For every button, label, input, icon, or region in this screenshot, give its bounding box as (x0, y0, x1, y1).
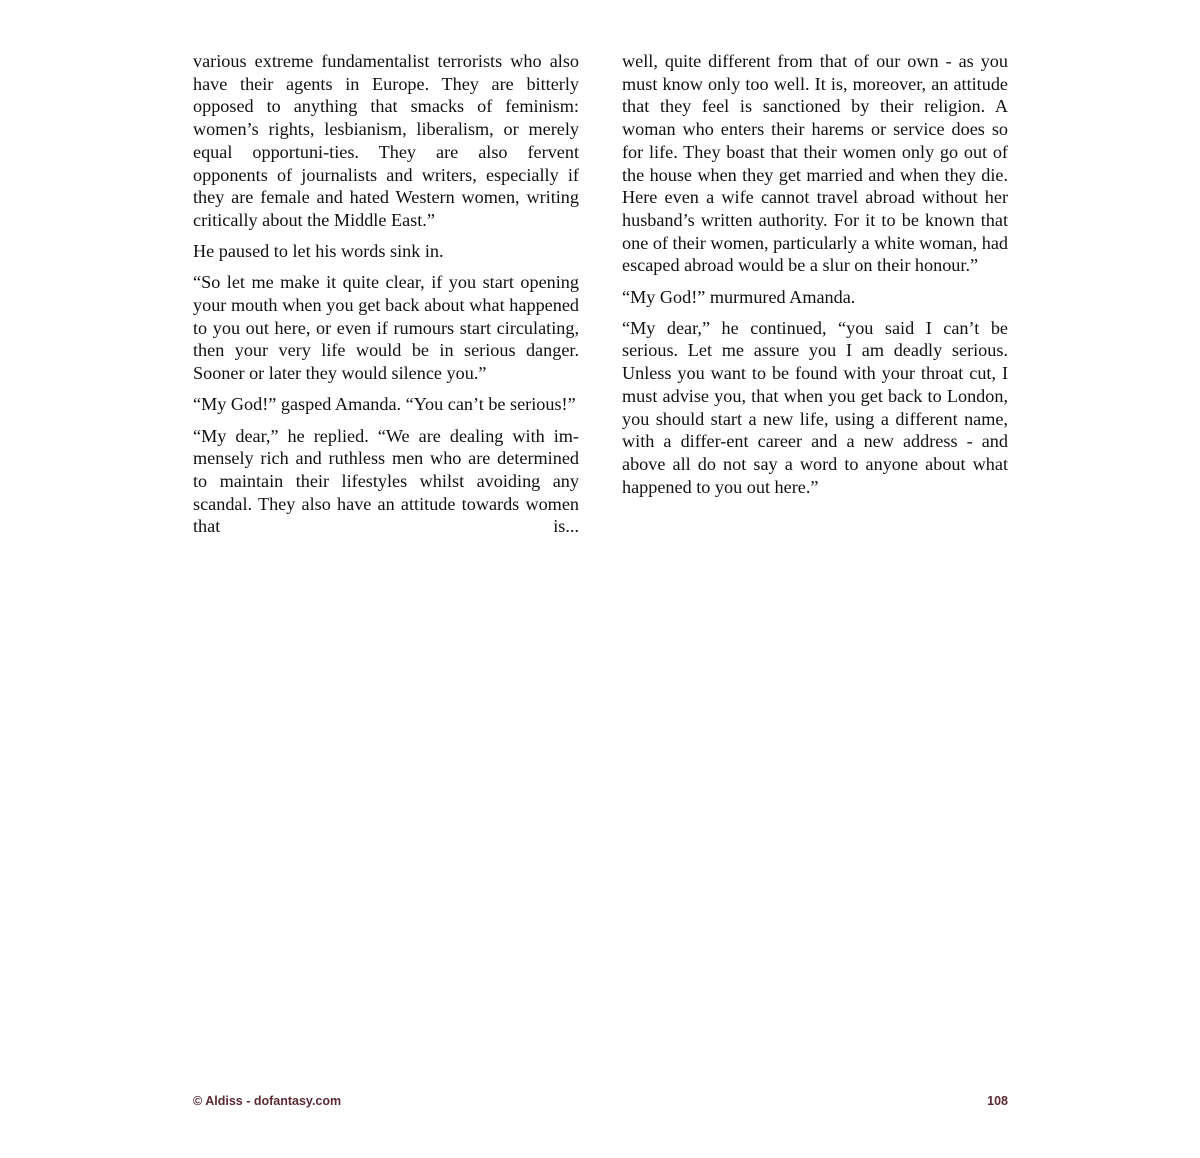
paragraph: He paused to let his words sink in. (193, 240, 579, 263)
footer-copyright: © Aldiss - dofantasy.com (193, 1094, 341, 1108)
paragraph: “My God!” gasped Amanda. “You can’t be s… (193, 393, 579, 416)
paragraph: “So let me make it quite clear, if you s… (193, 271, 579, 385)
paragraph: “My dear,” he continued, “you said I can… (622, 317, 1008, 499)
text-column-right: well, quite different from that of our o… (622, 50, 1008, 507)
paragraph: well, quite different from that of our o… (622, 50, 1008, 277)
paragraph: “My dear,” he replied. “We are dealing w… (193, 425, 579, 539)
page-number: 108 (987, 1094, 1008, 1108)
paragraph: “My God!” murmured Amanda. (622, 286, 1008, 309)
document-page: various extreme fundamentalist terrorist… (0, 0, 1200, 1158)
text-column-left: various extreme fundamentalist terrorist… (193, 50, 579, 547)
paragraph: various extreme fundamentalist terrorist… (193, 50, 579, 232)
